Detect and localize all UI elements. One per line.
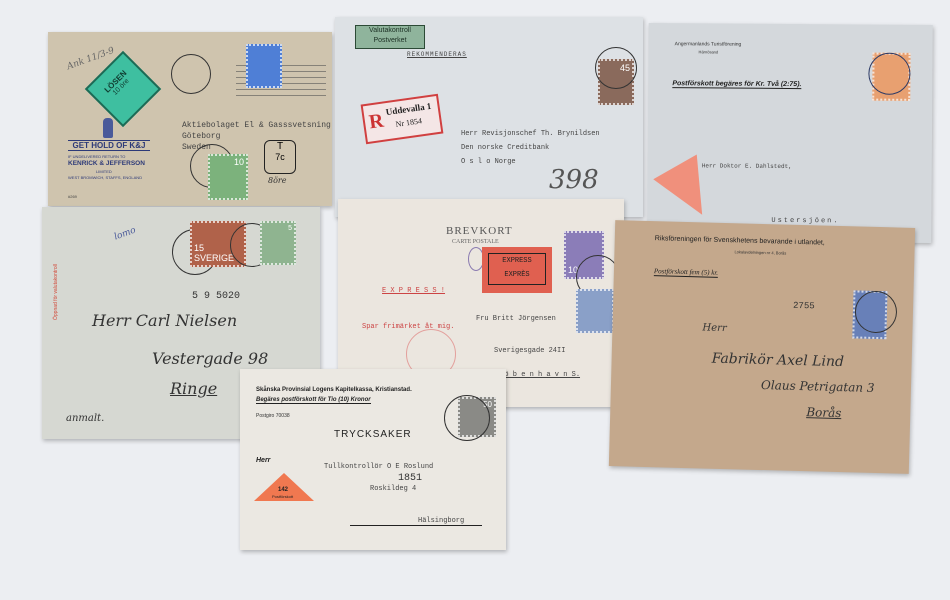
address-line: Hälsingborg (418, 517, 464, 525)
company-name: KENRICK & JEFFERSON (68, 160, 145, 167)
address-line: Göteborg (182, 131, 331, 142)
stamp-sweden-green-10: 10 (208, 154, 248, 200)
stamp-gb-blue (246, 44, 282, 88)
company-address: WEST BROMWICH, STAFFS, ENGLAND (68, 175, 142, 180)
card-subtitle: CARTE POSTALE (452, 239, 499, 245)
address-line: Herr (702, 322, 726, 334)
note-bottom: anmalt. (66, 413, 104, 424)
express-label-line: EXPRÈS (489, 268, 545, 282)
sender-name: Angermanlands Turistförening (675, 41, 742, 47)
stamp-sweden-blue (576, 289, 614, 333)
postmark-west-bromwich (171, 54, 211, 94)
postmark-uddevalla (595, 47, 637, 89)
address-line: Herr Doktor E. Dahlstedt, (702, 162, 792, 170)
card-title: TRYCKSAKER (334, 429, 412, 440)
address-underline (350, 525, 482, 526)
company-sub: LIMITED (96, 169, 112, 174)
registration-letter: R (368, 110, 386, 135)
registration-number: Nr 1854 (395, 116, 422, 129)
sender-name: Skånska Provinsial Logens Kapitelkassa, … (256, 387, 412, 393)
address-line: K ö b e n h a v n S. (496, 371, 580, 379)
stamp-sweden-green-5: 5 (260, 221, 296, 265)
form-number: #269 (68, 194, 77, 199)
address-line: Herr Carl Nielsen (92, 311, 237, 330)
tax-sub: 8öre (268, 176, 286, 185)
cover-riksforeningen: Riksföreningen för Svenskhetens bevarand… (609, 220, 915, 474)
card-trycksaker: Skånska Provinsial Logens Kapitelkassa, … (240, 369, 506, 550)
registration-label: R Uddevalla 1 Nr 1854 (361, 94, 444, 144)
registration-office: Uddevalla 1 (385, 101, 432, 117)
postmark-boras (854, 290, 897, 333)
address-line: Tullkontrollör O E Roslund (324, 463, 433, 471)
postgiro: Postgiro 70038 (256, 413, 290, 419)
cod-text: Begäres postförskott för Tio (10) Kronor (256, 397, 371, 404)
sender-name: Riksföreningen för Svenskhetens bevarand… (655, 235, 825, 246)
salutation: Herr (256, 457, 270, 464)
express-label: EXPRESS EXPRÈS (482, 247, 552, 293)
stamp-country: SVERIGE (194, 253, 234, 263)
stamp-value: 10 (234, 157, 244, 167)
tax-value: 7c (265, 152, 295, 162)
serial-number: 2755 (793, 301, 815, 312)
cod-text: Postförskott begäres för Kr. Två (2:75). (672, 80, 801, 89)
mascot-icon (103, 118, 113, 138)
address-line: Roskildeg 4 (370, 485, 416, 493)
address-line: Sverigesgade 24II (494, 347, 565, 355)
address-line: Den norske Creditbank (461, 141, 600, 155)
serial-number: 5 9 5020 (192, 291, 240, 302)
cover-angermanland: Angermanlands Turistförening Härnösand P… (647, 23, 933, 243)
note-red: Spar frimärket åt mig. (362, 323, 454, 331)
cover-gb-kenrick-jefferson: Ank 11/3-9 LÖSEN 10 öre GET HOLD OF K&J … (48, 32, 332, 206)
tax-hexagon: T 7c (264, 140, 296, 174)
postmark-harnosand (868, 53, 910, 95)
card-title: BREVKORT (446, 225, 513, 237)
censor-side-text: Öppnad för valutakontroll (53, 220, 59, 320)
cod-label-number: 142 (278, 487, 288, 493)
stamp-value: 5 (288, 225, 292, 232)
handwritten-number: 1851 (398, 473, 422, 484)
handwritten-number: 398 (549, 165, 599, 195)
express-typed: E X P R E S S ! (382, 287, 445, 295)
address-line: Fabrikör Axel Lind (711, 351, 844, 370)
cover-uddevalla-registered: Valutakontroll Postverket REKOMMENDERAS … (335, 17, 643, 217)
address-line: Herr Revisjonschef Th. Brynildsen (461, 127, 600, 141)
cod-text: Postförskott fem (5) kr. (654, 267, 718, 278)
address: Herr Revisjonschef Th. Brynildsen Den no… (461, 127, 600, 169)
tax-mark: T (265, 141, 295, 152)
valuta-label-line: Postverket (356, 36, 424, 46)
return-line: IF UNDELIVERED RETURN TO (68, 154, 125, 159)
sender-sub: Lokalavdelningen nr 4, Borås (734, 249, 786, 255)
postmark-kristianstad (444, 395, 490, 441)
address-line: Vestergade 98 (152, 349, 268, 368)
stamp-value: 15 (194, 243, 204, 253)
address-line: Borås (806, 405, 841, 420)
valuta-label-line: Valutakontroll (356, 26, 424, 36)
express-label-line: EXPRESS (489, 254, 545, 268)
sender-city: Härnösand (699, 49, 719, 54)
address-line: Aktiebolaget El & Gasssvetsning (182, 120, 331, 131)
cod-label-text: Postförskott (272, 494, 293, 499)
slogan: GET HOLD OF K&J (68, 140, 150, 151)
pencil-note: lomo (113, 225, 137, 242)
address-line: Ringe (170, 379, 217, 398)
valuta-label: Valutakontroll Postverket (355, 25, 425, 49)
header-text: REKOMMENDERAS (407, 51, 467, 58)
address-line: Olaus Petrigatan 3 (761, 378, 875, 395)
address-line: Fru Britt Jörgensen (476, 315, 556, 323)
express-label-box: EXPRESS EXPRÈS (488, 253, 546, 285)
